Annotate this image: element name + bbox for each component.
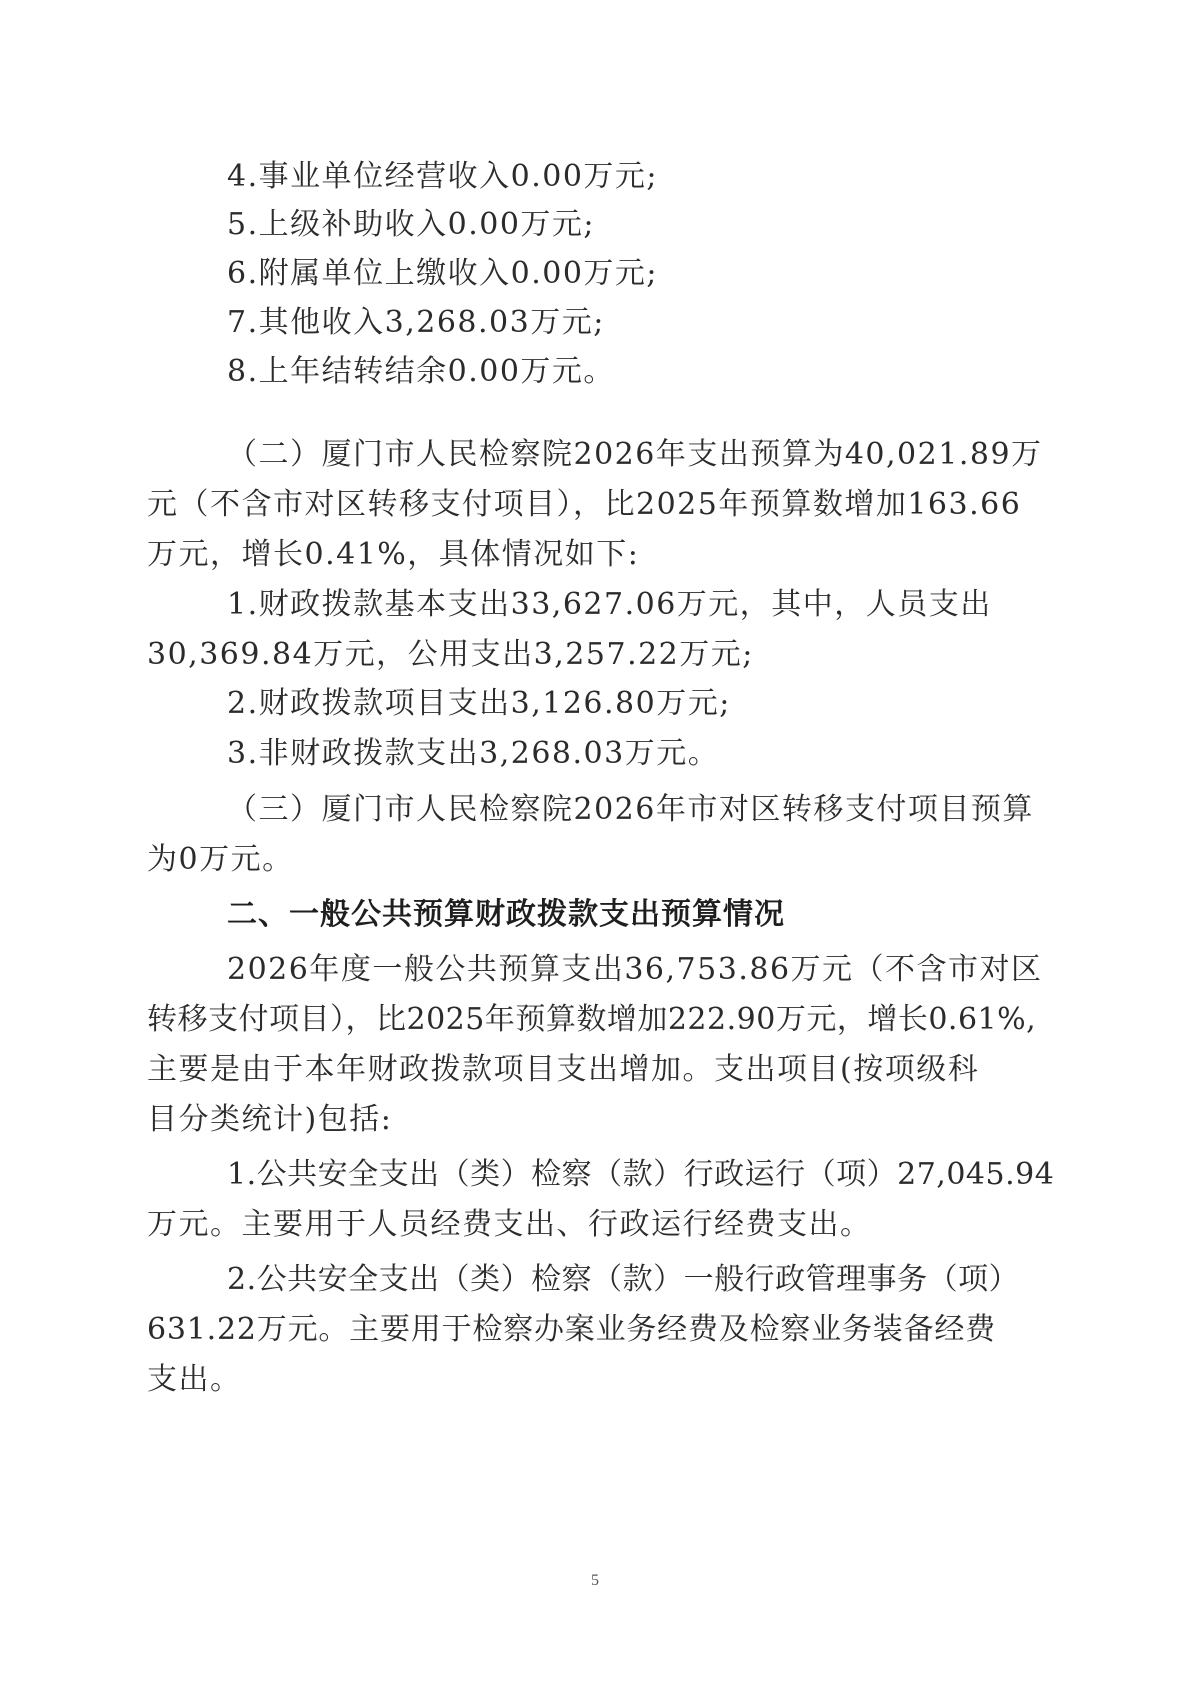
expenditure-paragraph-line: （二）厦门市人民检察院2026年支出预算为40,021.89万: [227, 435, 957, 475]
section-intro-line: 转移支付项目），比2025年预算数增加222.90万元，增长0.61%,: [147, 1000, 957, 1040]
income-item-7: 7.其他收入3,268.03万元;: [227, 303, 1037, 343]
page-number: 5: [0, 1572, 1190, 1590]
section-intro-line: 主要是由于本年财政拨款项目支出增加。支出项目(按项级科: [147, 1050, 957, 1090]
expense-category-item-1: 1.公共安全支出（类）检察（款）行政运行（项）27,045.94: [227, 1155, 1037, 1195]
section-heading: 二、一般公共预算财政拨款支出预算情况: [227, 895, 1037, 935]
income-item-6: 6.附属单位上缴收入0.00万元;: [227, 254, 1037, 294]
expenditure-item-3: 3.非财政拨款支出3,268.03万元。: [227, 734, 1037, 774]
transfer-paragraph-line: 为0万元。: [147, 840, 957, 880]
expense-category-item-2-cont: 631.22万元。主要用于检察办案业务经费及检察业务装备经费: [147, 1310, 957, 1350]
expense-category-item-2-cont: 支出。: [147, 1360, 957, 1400]
expense-category-item-1-cont: 万元。主要用于人员经费支出、行政运行经费支出。: [147, 1205, 957, 1245]
income-item-5: 5.上级补助收入0.00万元;: [227, 205, 1037, 245]
expenditure-item-1: 1.财政拨款基本支出33,627.06万元，其中，人员支出: [227, 585, 1037, 625]
income-item-8: 8.上年结转结余0.00万元。: [227, 352, 1037, 392]
expense-category-item-2: 2.公共安全支出（类）检察（款）一般行政管理事务（项）: [227, 1260, 1037, 1300]
expenditure-item-2: 2.财政拨款项目支出3,126.80万元;: [227, 684, 1037, 724]
income-item-4: 4.事业单位经营收入0.00万元;: [227, 157, 1037, 197]
expenditure-item-1-cont: 30,369.84万元，公用支出3,257.22万元;: [147, 635, 957, 675]
section-intro-line: 目分类统计)包括:: [147, 1100, 957, 1140]
transfer-paragraph-line: （三）厦门市人民检察院2026年市对区转移支付项目预算: [227, 790, 1037, 830]
expenditure-paragraph-line: 万元，增长0.41%，具体情况如下:: [147, 535, 957, 575]
section-intro-line: 2026年度一般公共预算支出36,753.86万元（不含市对区: [227, 950, 1037, 990]
expenditure-paragraph-line: 元（不含市对区转移支付项目），比2025年预算数增加163.66: [147, 485, 957, 525]
